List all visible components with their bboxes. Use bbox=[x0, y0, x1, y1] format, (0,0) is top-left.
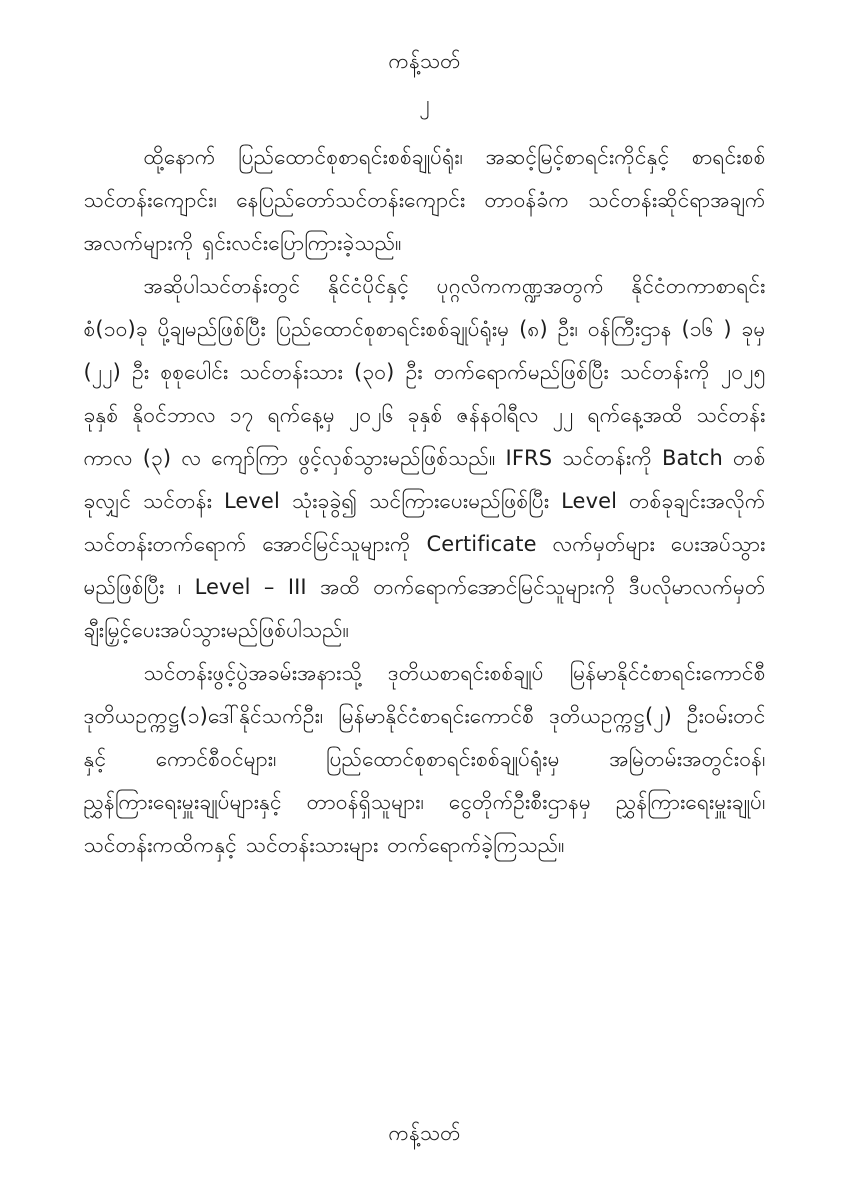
body-paragraph: ထို့နောက် ပြည်ထောင်စုစာရင်းစစ်ချုပ်ရုံး၊… bbox=[84, 136, 766, 265]
document-page: ကန့်သတ် ၂ ထို့နောက် ပြည်ထောင်စုစာရင်းစစ်… bbox=[0, 0, 849, 1200]
body-paragraph: အဆိုပါသင်တန်းတွင် နိုင်ငံပိုင်နှင့် ပုဂ္… bbox=[84, 265, 766, 652]
document-body: ထို့နောက် ပြည်ထောင်စုစာရင်းစစ်ချုပ်ရုံး၊… bbox=[84, 136, 766, 867]
page-number: ၂ bbox=[0, 88, 849, 118]
header-classification-label: ကန့်သတ် bbox=[0, 0, 849, 76]
body-paragraph: သင်တန်းဖွင့်ပွဲအခမ်းအနားသို့ ဒုတိယစာရင်း… bbox=[84, 652, 766, 867]
footer-classification-label: ကန့်သတ် bbox=[0, 1118, 849, 1148]
